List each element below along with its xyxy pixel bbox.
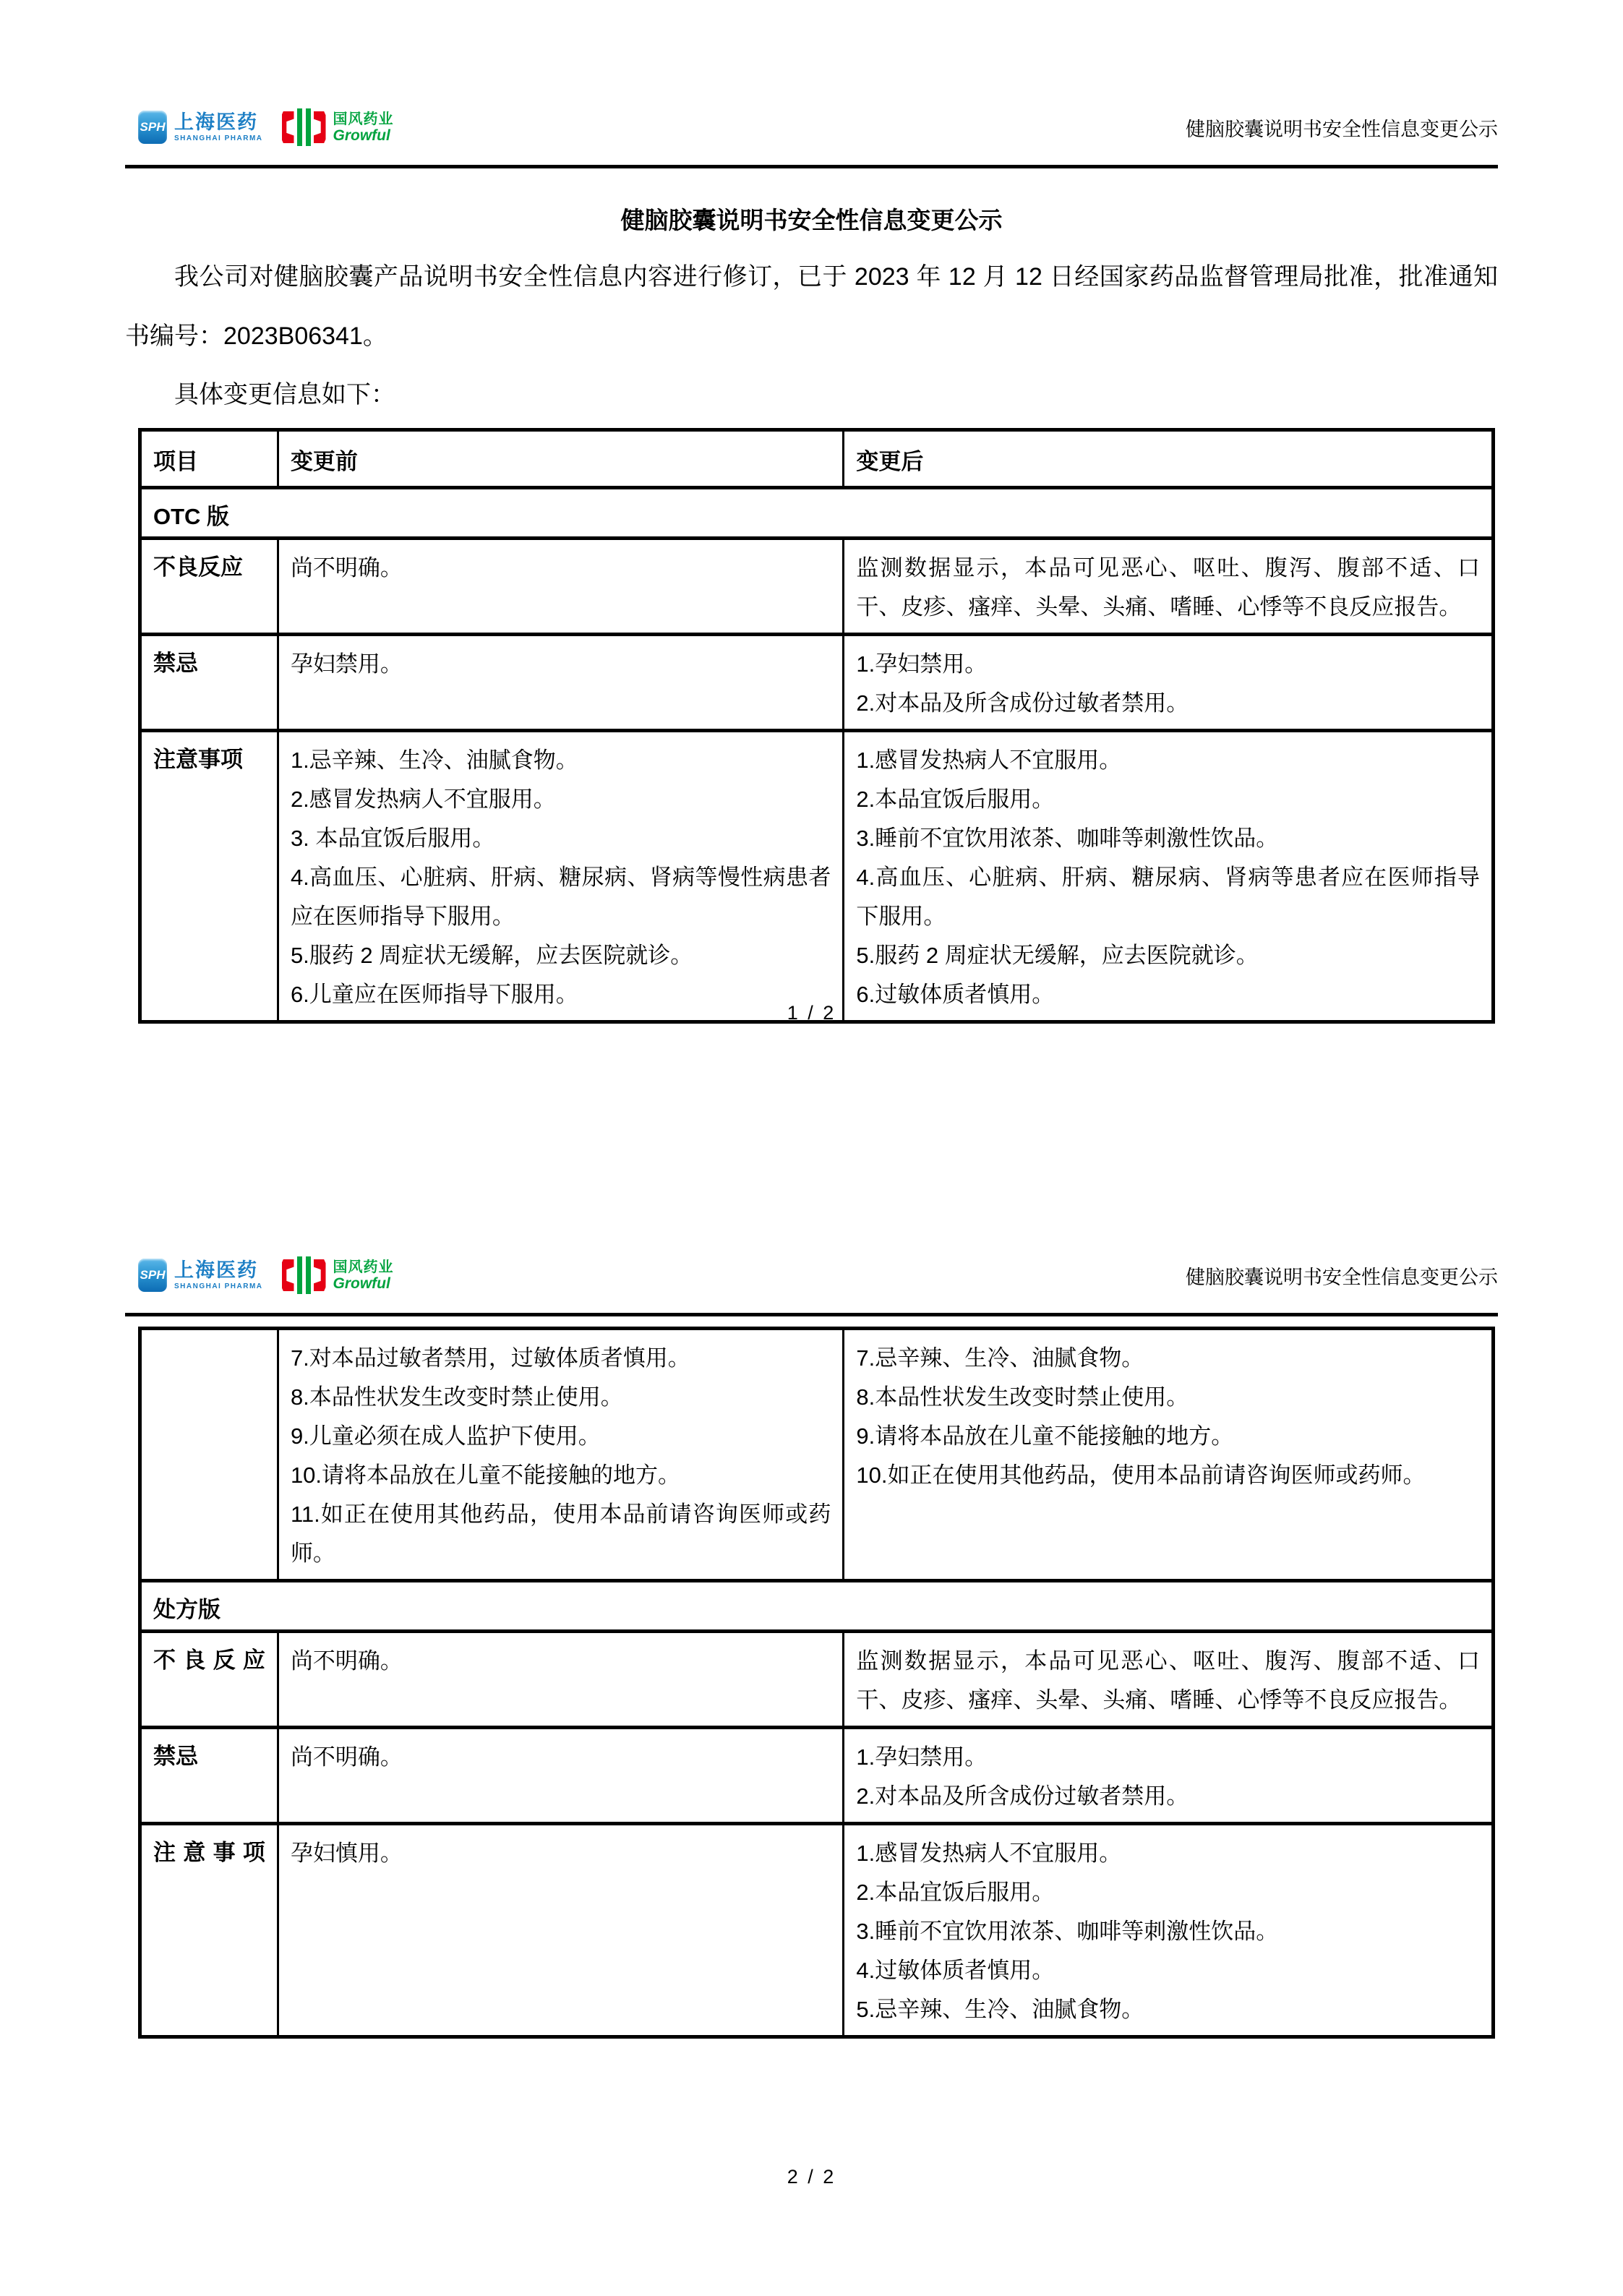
row-label-precautions: 注意事项: [140, 1824, 278, 2037]
adverse-after-cell: 监测数据显示，本品可见恶心、呕吐、腹泻、腹部不适、口干、皮疹、瘙痒、头晕、头痛、…: [844, 1632, 1494, 1728]
growful-logo: 国风药业 Growful: [282, 108, 394, 146]
cell-text-line: 1.孕妇禁用。: [856, 645, 1480, 684]
header-rule: [125, 165, 1498, 168]
cell-text-line: 7.忌辛辣、生冷、油腻食物。: [856, 1339, 1480, 1378]
cell-text-line: 孕妇禁用。: [291, 645, 831, 684]
row-label-adverse: 不良反应: [140, 1632, 278, 1728]
header-document-title: 健脑胶囊说明书安全性信息变更公示: [1186, 1261, 1498, 1294]
precautions-after-cell: 1.感冒发热病人不宜服用。2.本品宜饭后服用。3.睡前不宜饮用浓茶、咖啡等刺激性…: [844, 731, 1494, 1022]
page-header: SPH 上海医药 SHANGHAI PHARMA 国风药业 Growful: [125, 0, 1498, 146]
row-label-adverse: 不良反应: [140, 539, 278, 635]
page-1: SPH 上海医药 SHANGHAI PHARMA 国风药业 Growful: [0, 0, 1623, 1148]
cell-text-line: 7.对本品过敏者禁用，过敏体质者慎用。: [291, 1339, 831, 1378]
precautions-before-continued-cell: 7.对本品过敏者禁用，过敏体质者慎用。8.本品性状发生改变时禁止使用。9.儿童必…: [278, 1329, 843, 1581]
column-header-before: 变更前: [278, 430, 843, 488]
cell-text-line: 3. 本品宜饭后服用。: [291, 819, 831, 858]
growful-name-en: Growful: [333, 1276, 394, 1291]
cell-text-line: 2.本品宜饭后服用。: [856, 780, 1480, 819]
growful-name-cn: 国风药业: [333, 1260, 394, 1275]
precautions-before-cell: 孕妇慎用。: [278, 1824, 843, 2037]
header-document-title: 健脑胶囊说明书安全性信息变更公示: [1186, 113, 1498, 146]
page-number-2: 2 / 2: [125, 2166, 1498, 2188]
cell-text-line: 1.忌辛辣、生冷、油腻食物。: [291, 741, 831, 780]
empty-label-cell: [140, 1329, 278, 1581]
document-title: 健脑胶囊说明书安全性信息变更公示: [125, 202, 1498, 236]
column-header-item: 项目: [140, 430, 278, 488]
precautions-before-cell: 1.忌辛辣、生冷、油腻食物。2.感冒发热病人不宜服用。3. 本品宜饭后服用。4.…: [278, 731, 843, 1022]
contraindication-after-cell: 1.孕妇禁用。2.对本品及所含成份过敏者禁用。: [844, 1728, 1494, 1824]
row-label-contraindication: 禁忌: [140, 635, 278, 731]
contraindication-after-cell: 1.孕妇禁用。2.对本品及所含成份过敏者禁用。: [844, 635, 1494, 731]
page-2: SPH 上海医药 SHANGHAI PHARMA 国风药业 Growful: [0, 1148, 1623, 2296]
cell-text-line: 5.服药 2 周症状无缓解，应去医院就诊。: [856, 936, 1480, 975]
cell-text-line: 2.本品宜饭后服用。: [856, 1873, 1480, 1912]
adverse-before-cell: 尚不明确。: [278, 539, 843, 635]
row-label-precautions: 注意事项: [140, 731, 278, 1022]
cell-text-line: 尚不明确。: [291, 1642, 831, 1681]
growful-name-en: Growful: [333, 128, 394, 143]
section-row-rx: 处方版: [140, 1581, 1494, 1632]
cell-text-line: 3.睡前不宜饮用浓茶、咖啡等刺激性饮品。: [856, 819, 1480, 858]
cell-text-line: 尚不明确。: [291, 549, 831, 588]
sph-logo: SPH 上海医药 SHANGHAI PHARMA: [138, 1259, 263, 1292]
company-logos: SPH 上海医药 SHANGHAI PHARMA 国风药业 Growful: [138, 108, 394, 146]
lead-in-paragraph: 具体变更信息如下：: [125, 366, 1498, 424]
cell-text-line: 4.高血压、心脏病、肝病、糖尿病、肾病等慢性病患者应在医师指导下服用。: [291, 858, 831, 936]
sph-name-cn: 上海医药: [174, 113, 263, 132]
cell-text-line: 孕妇慎用。: [291, 1834, 831, 1873]
table-row-precautions-rx: 注意事项 孕妇慎用。 1.感冒发热病人不宜服用。2.本品宜饭后服用。3.睡前不宜…: [140, 1824, 1494, 2037]
section-row-otc: OTC 版: [140, 488, 1494, 539]
change-table-page1: 项目 变更前 变更后 OTC 版 不良反应 尚不明确。 监测数据显示，本品可见恶…: [138, 428, 1495, 1024]
precautions-after-continued-cell: 7.忌辛辣、生冷、油腻食物。8.本品性状发生改变时禁止使用。9.请将本品放在儿童…: [844, 1329, 1494, 1581]
contraindication-before-cell: 孕妇禁用。: [278, 635, 843, 731]
cell-text-line: 尚不明确。: [291, 1738, 831, 1777]
cell-text-line: 8.本品性状发生改变时禁止使用。: [291, 1378, 831, 1417]
page-number-1: 1 / 2: [125, 1002, 1498, 1024]
cell-text-line: 监测数据显示，本品可见恶心、呕吐、腹泻、腹部不适、口干、皮疹、瘙痒、头晕、头痛、…: [856, 1642, 1480, 1720]
cell-text-line: 9.儿童必须在成人监护下使用。: [291, 1417, 831, 1456]
table-row-precautions-otc: 注意事项 1.忌辛辣、生冷、油腻食物。2.感冒发热病人不宜服用。3. 本品宜饭后…: [140, 731, 1494, 1022]
table-row-contraindication-otc: 禁忌 孕妇禁用。 1.孕妇禁用。2.对本品及所含成份过敏者禁用。: [140, 635, 1494, 731]
precautions-after-cell: 1.感冒发热病人不宜服用。2.本品宜饭后服用。3.睡前不宜饮用浓茶、咖啡等刺激性…: [844, 1824, 1494, 2037]
cell-text-line: 1.感冒发热病人不宜服用。: [856, 741, 1480, 780]
sph-name-en: SHANGHAI PHARMA: [174, 1283, 263, 1290]
table-row-contraindication-rx: 禁忌 尚不明确。 1.孕妇禁用。2.对本品及所含成份过敏者禁用。: [140, 1728, 1494, 1824]
cell-text-line: 监测数据显示，本品可见恶心、呕吐、腹泻、腹部不适、口干、皮疹、瘙痒、头晕、头痛、…: [856, 549, 1480, 627]
cell-text-line: 11.如正在使用其他药品，使用本品前请咨询医师或药师。: [291, 1495, 831, 1573]
column-header-after: 变更后: [844, 430, 1494, 488]
table-row-adverse-otc: 不良反应 尚不明确。 监测数据显示，本品可见恶心、呕吐、腹泻、腹部不适、口干、皮…: [140, 539, 1494, 635]
growful-mark-icon: [282, 108, 326, 146]
sph-badge-icon: SPH: [138, 111, 167, 144]
section-label-rx: 处方版: [140, 1581, 1494, 1632]
sph-badge-icon: SPH: [138, 1259, 167, 1292]
cell-text-line: 10.如正在使用其他药品，使用本品前请咨询医师或药师。: [856, 1456, 1480, 1495]
growful-mark-icon: [282, 1256, 326, 1294]
adverse-after-cell: 监测数据显示，本品可见恶心、呕吐、腹泻、腹部不适、口干、皮疹、瘙痒、头晕、头痛、…: [844, 539, 1494, 635]
table-header-row: 项目 变更前 变更后: [140, 430, 1494, 488]
cell-text-line: 4.过敏体质者慎用。: [856, 1951, 1480, 1990]
cell-text-line: 3.睡前不宜饮用浓茶、咖啡等刺激性饮品。: [856, 1912, 1480, 1951]
row-label-contraindication: 禁忌: [140, 1728, 278, 1824]
cell-text-line: 5.忌辛辣、生冷、油腻食物。: [856, 1990, 1480, 2029]
change-table-page2: 7.对本品过敏者禁用，过敏体质者慎用。8.本品性状发生改变时禁止使用。9.儿童必…: [138, 1327, 1495, 2039]
intro-paragraph: 我公司对健脑胶囊产品说明书安全性信息内容进行修订，已于 2023 年 12 月 …: [125, 247, 1498, 366]
cell-text-line: 10.请将本品放在儿童不能接触的地方。: [291, 1456, 831, 1495]
cell-text-line: 5.服药 2 周症状无缓解，应去医院就诊。: [291, 936, 831, 975]
company-logos: SPH 上海医药 SHANGHAI PHARMA 国风药业 Growful: [138, 1256, 394, 1294]
sph-name-cn: 上海医药: [174, 1261, 263, 1280]
table-row-precautions-continued: 7.对本品过敏者禁用，过敏体质者慎用。8.本品性状发生改变时禁止使用。9.儿童必…: [140, 1329, 1494, 1581]
growful-name-cn: 国风药业: [333, 112, 394, 127]
adverse-before-cell: 尚不明确。: [278, 1632, 843, 1728]
table-row-adverse-rx: 不良反应 尚不明确。 监测数据显示，本品可见恶心、呕吐、腹泻、腹部不适、口干、皮…: [140, 1632, 1494, 1728]
cell-text-line: 4.高血压、心脏病、肝病、糖尿病、肾病等患者应在医师指导下服用。: [856, 858, 1480, 936]
cell-text-line: 2.感冒发热病人不宜服用。: [291, 780, 831, 819]
section-label-otc: OTC 版: [140, 488, 1494, 539]
sph-name-en: SHANGHAI PHARMA: [174, 135, 263, 142]
cell-text-line: 1.孕妇禁用。: [856, 1738, 1480, 1777]
contraindication-before-cell: 尚不明确。: [278, 1728, 843, 1824]
header-rule: [125, 1313, 1498, 1316]
cell-text-line: 9.请将本品放在儿童不能接触的地方。: [856, 1417, 1480, 1456]
cell-text-line: 2.对本品及所含成份过敏者禁用。: [856, 1777, 1480, 1816]
cell-text-line: 2.对本品及所含成份过敏者禁用。: [856, 684, 1480, 723]
cell-text-line: 1.感冒发热病人不宜服用。: [856, 1834, 1480, 1873]
page-header: SPH 上海医药 SHANGHAI PHARMA 国风药业 Growful: [125, 1148, 1498, 1294]
cell-text-line: 8.本品性状发生改变时禁止使用。: [856, 1378, 1480, 1417]
sph-logo: SPH 上海医药 SHANGHAI PHARMA: [138, 111, 263, 144]
growful-logo: 国风药业 Growful: [282, 1256, 394, 1294]
